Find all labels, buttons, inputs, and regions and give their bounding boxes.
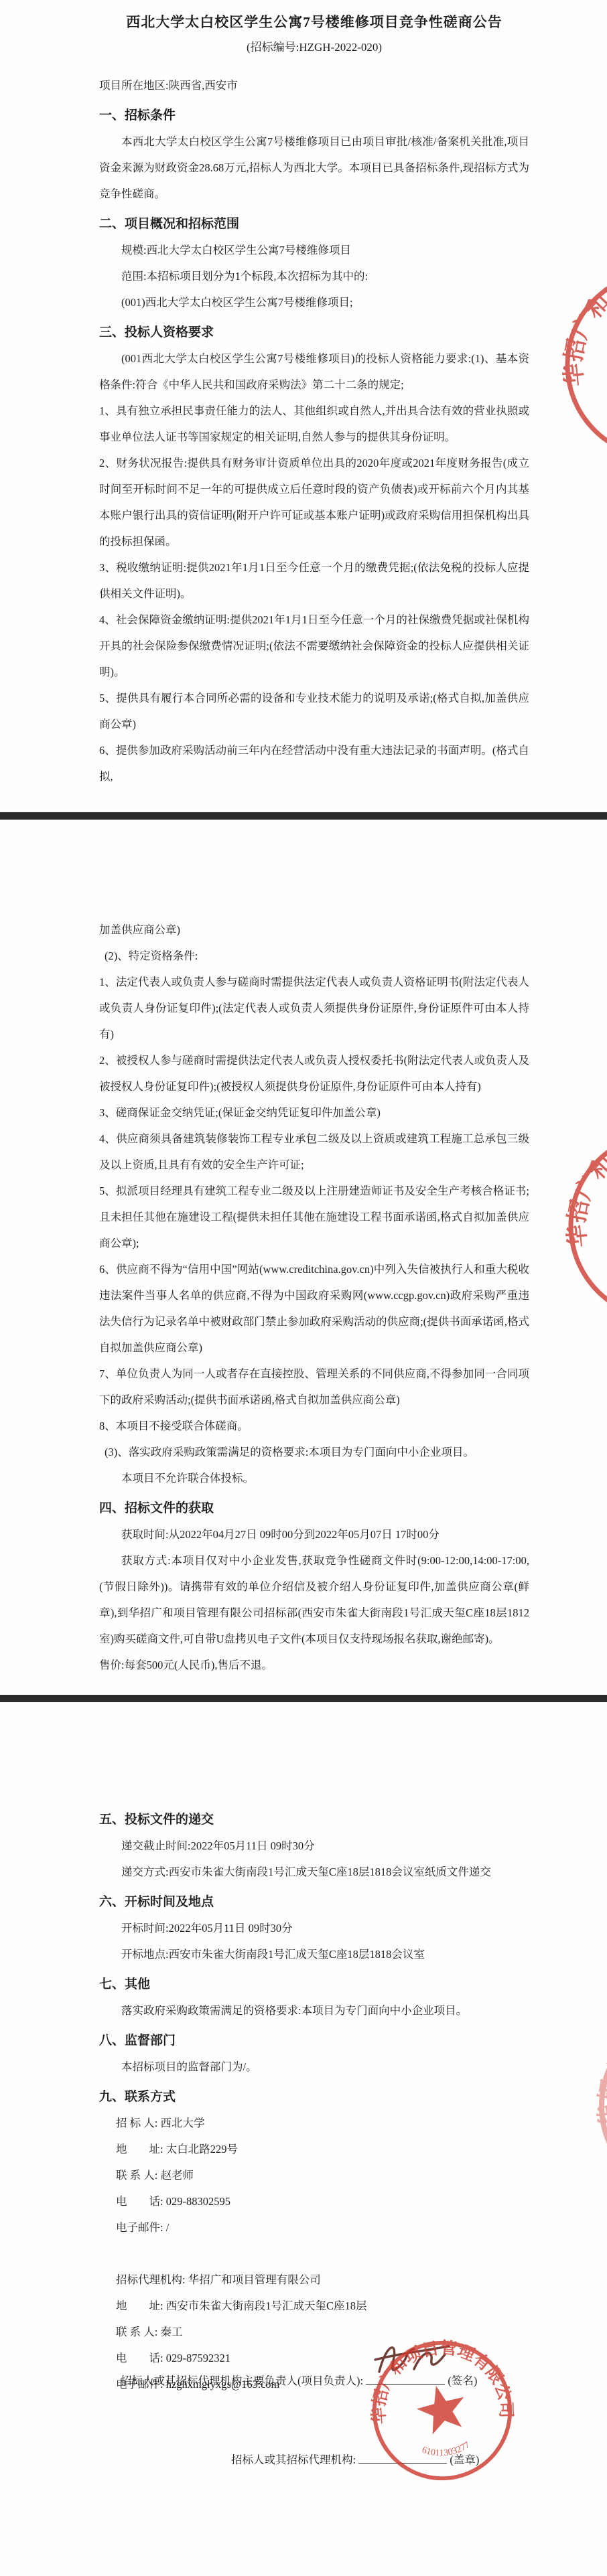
project-location: 项目所在地区:陕西省,西安市 — [99, 72, 529, 98]
agency-phone-value: 029-87592321 — [166, 2352, 230, 2364]
other-note: 落实政府采购政策需满足的资格要求:本项目为专门面向中小企业项目。 — [99, 1997, 529, 2024]
basic-item-5: 5、提供具有履行本合同所必需的设备和专业技术能力的说明及承诺;(格式自拟,加盖供… — [99, 685, 529, 737]
lot-001: (001)西北大学太白校区学生公寓7号楼维修项目; — [99, 289, 529, 315]
signature-line-agency-label: 招标人或其招标代理机构: — [231, 2453, 356, 2466]
tenderer-phone-label: 电 话: — [116, 2195, 163, 2208]
section-5-heading: 五、投标文件的递交 — [99, 1807, 529, 1833]
basic-item-6-carryover: 加盖供应商公章) — [99, 917, 529, 943]
special-item-2: 2、被授权人参与磋商时需提供法定代表人或负责人授权委托书(附法定代表人或负责人及… — [99, 1047, 529, 1100]
section-3-heading: 三、投标人资格要求 — [99, 319, 529, 346]
signature-line-principal-label: 招标人或其招标代理机构主要负责人(项目负责人): — [121, 2374, 363, 2387]
page-2: 加盖供应商公章) (2)、特定资格条件: 1、法定代表人或负责人参与磋商时需提供… — [0, 820, 607, 1695]
doc-title: 西北大学太白校区学生公寓7号楼维修项目竞争性磋商公告 — [99, 12, 529, 32]
tenderer-contact-value: 赵老师 — [160, 2169, 194, 2182]
qualification-intro: (001西北大学太白校区学生公寓7号楼维修项目)的投标人资格能力要求:(1)、基… — [99, 346, 529, 398]
special-conditions-label: (2)、特定资格条件: — [99, 943, 529, 969]
tenderer-email-value: / — [166, 2221, 170, 2234]
tenderer-address-value: 太白北路229号 — [166, 2143, 238, 2155]
tenderer-phone: 电 话: 029-88302595 — [99, 2188, 529, 2214]
agency-address-label: 地 址: — [116, 2299, 163, 2312]
special-item-6: 6、供应商不得为“信用中国”网站(www.creditchina.gov.cn)… — [99, 1256, 529, 1361]
signature-underline-1 — [366, 2374, 445, 2384]
tenderer-contact: 联 系 人: 赵老师 — [99, 2162, 529, 2188]
tenderer-name-value: 西北大学 — [160, 2117, 204, 2129]
basic-item-2: 2、财务状况报告:提供具有财务审计资质单位出具的2020年度或2021年度财务报… — [99, 450, 529, 554]
page-1: 西北大学太白校区学生公寓7号楼维修项目竞争性磋商公告 (招标编号:HZGH-20… — [0, 0, 607, 812]
bid-opening-place: 开标地点:西安市朱雀大街南段1号汇成天玺C座18层1818会议室 — [99, 1941, 529, 1967]
bid-opening-time: 开标时间:2022年05月11日 09时30分 — [99, 1915, 529, 1941]
signature-line-principal-suffix: (签名) — [448, 2374, 477, 2387]
section-6-heading: 六、开标时间及地点 — [99, 1889, 529, 1915]
special-item-1: 1、法定代表人或负责人参与磋商时需提供法定代表人或负责人资格证明书(附法定代表人… — [99, 969, 529, 1047]
tenderer-email: 电子邮件: / — [99, 2214, 529, 2241]
special-item-5: 5、拟派项目经理具有建筑工程专业二级及以上注册建造师证书及安全生产考核合格证书;… — [99, 1178, 529, 1256]
signature-line-agency-suffix: (盖章) — [450, 2453, 479, 2466]
submission-deadline: 递交截止时间:2022年05月11日 09时30分 — [99, 1833, 529, 1859]
special-item-8: 8、本项目不接受联合体磋商。 — [99, 1413, 529, 1439]
agency-contact: 联 系 人: 秦工 — [99, 2319, 529, 2345]
agency-address: 地 址: 西安市朱雀大街南段1号汇成天玺C座18层 — [99, 2293, 529, 2319]
tenderer-phone-value: 029-88302595 — [166, 2195, 230, 2208]
special-item-3: 3、磋商保证金交纳凭证;(保证金交纳凭证复印件加盖公章) — [99, 1100, 529, 1126]
submission-method: 递交方式:西安市朱雀大街南段1号汇成天玺C座18层1818会议室纸质文件递交 — [99, 1859, 529, 1885]
document-price: 售价:每套500元(人民币),售后不退。 — [99, 1652, 529, 1678]
section-9-heading: 九、联系方式 — [99, 2084, 529, 2110]
basic-item-6: 6、提供参加政府采购活动前三年内在经营活动中没有重大违法记录的书面声明。(格式自… — [99, 737, 529, 789]
section-8-heading: 八、监督部门 — [99, 2028, 529, 2054]
agency-address-value: 西安市朱雀大街南段1号汇成天玺C座18层 — [166, 2299, 367, 2312]
page-break-bar-1 — [0, 812, 607, 820]
agency-name: 招标代理机构: 华招广和项目管理有限公司 — [99, 2267, 529, 2293]
agency-contact-label: 联 系 人: — [116, 2326, 157, 2338]
signature-line-principal: 招标人或其招标代理机构主要负责人(项目负责人): (签名) — [121, 2372, 477, 2388]
agency-phone-label: 电 话: — [116, 2352, 163, 2364]
agency-phone: 电 话: 029-87592321 — [99, 2345, 529, 2371]
signature-underline-2 — [358, 2453, 447, 2464]
section-1-heading: 一、招标条件 — [99, 102, 529, 129]
special-item-4: 4、供应商须具备建筑装修装饰工程专业承包二级及以上资质或建筑工程施工总承包三级及… — [99, 1126, 529, 1178]
signature-line-agency: 招标人或其招标代理机构: (盖章) — [231, 2451, 479, 2467]
project-scope: 范围:本招标项目划分为1个标段,本次招标为其中的: — [99, 263, 529, 289]
policy-requirement: (3)、落实政府采购政策需满足的资格要求:本项目为专门面向中小企业项目。 — [99, 1439, 529, 1465]
basic-item-3: 3、税收缴纳证明:提供2021年1月1日至今任意一个月的缴费凭据;(依法免税的投… — [99, 554, 529, 607]
supervision-note: 本招标项目的监督部门为/。 — [99, 2054, 529, 2080]
tenderer-address: 地 址: 太白北路229号 — [99, 2136, 529, 2162]
obtain-method: 获取方式:本项目仅对中小企业发售,获取竞争性磋商文件时(9:00-12:00,1… — [99, 1547, 529, 1652]
page-3: 五、投标文件的递交 递交截止时间:2022年05月11日 09时30分 递交方式… — [0, 1702, 607, 2576]
tenderer-name-label: 招 标 人: — [116, 2117, 157, 2129]
page-break-bar-2 — [0, 1695, 607, 1702]
tenderer-contact-label: 联 系 人: — [116, 2169, 157, 2182]
tenderer-email-label: 电子邮件: — [116, 2221, 163, 2234]
tenderer-address-label: 地 址: — [116, 2143, 163, 2155]
tender-number: (招标编号:HZGH-2022-020) — [99, 39, 529, 56]
basic-item-4: 4、社会保障资金缴纳证明:提供2021年1月1日至今任意一个月的社保缴费凭据或社… — [99, 607, 529, 685]
no-consortium-note: 本项目不允许联合体投标。 — [99, 1465, 529, 1491]
agency-contact-value: 秦工 — [160, 2326, 182, 2338]
agency-name-label: 招标代理机构: — [116, 2273, 186, 2286]
section-1-paragraph: 本西北大学太白校区学生公寓7号楼维修项目已由项目审批/核准/备案机关批准,项目资… — [99, 129, 529, 207]
special-item-7: 7、单位负责人为同一人或者存在直接控股、管理关系的不同供应商,不得参加同一合同项… — [99, 1361, 529, 1413]
basic-item-1: 1、具有独立承担民事责任能力的法人、其他组织或自然人,并出具合法有效的营业执照或… — [99, 398, 529, 450]
section-4-heading: 四、招标文件的获取 — [99, 1495, 529, 1521]
obtain-time: 获取时间:从2022年04月27日 09时00分到2022年05月07日 17时… — [99, 1521, 529, 1547]
section-2-heading: 二、项目概况和招标范围 — [99, 211, 529, 237]
tenderer-name: 招 标 人: 西北大学 — [99, 2110, 529, 2136]
agency-name-value: 华招广和项目管理有限公司 — [188, 2273, 321, 2286]
section-7-heading: 七、其他 — [99, 1971, 529, 1997]
project-scale: 规模:西北大学太白校区学生公寓7号楼维修项目 — [99, 237, 529, 263]
